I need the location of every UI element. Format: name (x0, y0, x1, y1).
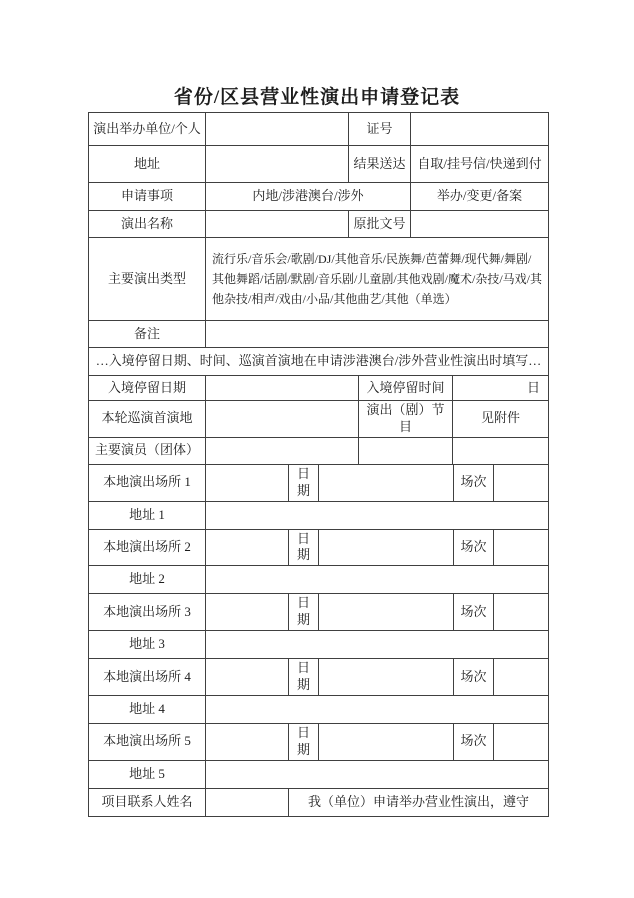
venue-label-3: 本地演出场所 3 (89, 594, 206, 631)
tour-premiere-label: 本轮巡演首演地 (89, 401, 206, 438)
table-row: 地址 4 (89, 695, 549, 723)
venue-name-input-cell-3[interactable] (206, 594, 289, 631)
table-row: 本地演出场所 3 日期 场次 (89, 594, 549, 631)
date-label-4: 日期 (289, 659, 319, 696)
table-row: 演出举办单位/个人 证号 (89, 113, 549, 146)
table-row: 本轮巡演首演地 演出（剧）节目 见附件 (89, 401, 549, 438)
page-title: 省份/区县营业性演出申请登记表 (0, 82, 634, 109)
program-value: 见附件 (453, 401, 549, 438)
venue-name-input-cell-2[interactable] (206, 529, 289, 566)
section-contact: 项目联系人姓名 我（单位）申请举办营业性演出，遵守 (88, 788, 549, 817)
venue-address-label-4: 地址 4 (89, 695, 206, 723)
sessions-label-2: 场次 (454, 529, 494, 566)
section-header-info: 演出举办单位/个人 证号 地址 结果送达 自取/挂号信/快递到付 申请事项 内地… (88, 112, 549, 348)
venue-name-input-cell-4[interactable] (206, 659, 289, 696)
table-row: 入境停留日期 入境停留时间 日 (89, 376, 549, 401)
original-doc-no-input-cell[interactable] (411, 211, 549, 238)
remarks-input-cell[interactable] (206, 321, 549, 348)
declaration-text: 我（单位）申请举办营业性演出，遵守 (289, 788, 549, 816)
apply-scope-options: 内地/涉港澳台/涉外 (206, 183, 411, 211)
performance-type-label: 主要演出类型 (89, 238, 206, 321)
sessions-label-1: 场次 (454, 464, 494, 501)
venue-label-1: 本地演出场所 1 (89, 464, 206, 501)
table-row: 演出名称 原批文号 (89, 211, 549, 238)
table-row: 备注 (89, 321, 549, 348)
table-row: 本地演出场所 4 日期 场次 (89, 659, 549, 696)
venue-address-input-cell-2[interactable] (206, 566, 549, 594)
venue-name-input-cell-5[interactable] (206, 723, 289, 760)
remarks-label: 备注 (89, 321, 206, 348)
venue-label-5: 本地演出场所 5 (89, 723, 206, 760)
table-row: …入境停留日期、时间、巡演首演地在申请涉港澳台/涉外营业性演出时填写… (89, 348, 549, 376)
performance-type-options: 流行乐/音乐会/歌剧/DJ/其他音乐/民族舞/芭蕾舞/现代舞/舞剧/其他舞蹈/话… (206, 238, 549, 321)
apply-matter-label: 申请事项 (89, 183, 206, 211)
delivery-label: 结果送达 (349, 146, 411, 183)
date-input-cell-3[interactable] (319, 594, 454, 631)
table-row: 本地演出场所 2 日期 场次 (89, 529, 549, 566)
performance-name-input-cell[interactable] (206, 211, 349, 238)
venue-label-4: 本地演出场所 4 (89, 659, 206, 696)
sessions-input-cell-4[interactable] (494, 659, 549, 696)
venue-address-input-cell-5[interactable] (206, 760, 549, 788)
table-row: 主要演出类型 流行乐/音乐会/歌剧/DJ/其他音乐/民族舞/芭蕾舞/现代舞/舞剧… (89, 238, 549, 321)
venue-address-input-cell-4[interactable] (206, 695, 549, 723)
address-input-cell[interactable] (206, 146, 349, 183)
main-performers-input-cell-2[interactable] (359, 437, 453, 464)
date-label-1: 日期 (289, 464, 319, 501)
venue-address-input-cell-1[interactable] (206, 501, 549, 529)
venue-name-input-cell-1[interactable] (206, 464, 289, 501)
entry-stay-time-label: 入境停留时间 (359, 376, 453, 401)
table-row: 地址 1 (89, 501, 549, 529)
sessions-label-3: 场次 (454, 594, 494, 631)
date-input-cell-5[interactable] (319, 723, 454, 760)
performance-name-label: 演出名称 (89, 211, 206, 238)
table-row: 申请事项 内地/涉港澳台/涉外 举办/变更/备案 (89, 183, 549, 211)
sessions-input-cell-3[interactable] (494, 594, 549, 631)
sessions-label-4: 场次 (454, 659, 494, 696)
table-row: 主要演员（团体） (89, 437, 549, 464)
entry-stay-date-label: 入境停留日期 (89, 376, 206, 401)
table-row: 地址 结果送达 自取/挂号信/快递到付 (89, 146, 549, 183)
date-label-5: 日期 (289, 723, 319, 760)
table-row: 地址 3 (89, 631, 549, 659)
sessions-label-5: 场次 (454, 723, 494, 760)
address-label: 地址 (89, 146, 206, 183)
entry-stay-time-unit: 日 (453, 376, 549, 401)
table-row: 本地演出场所 1 日期 场次 (89, 464, 549, 501)
contact-label: 项目联系人姓名 (89, 788, 206, 816)
venue-address-input-cell-3[interactable] (206, 631, 549, 659)
venue-label-2: 本地演出场所 2 (89, 529, 206, 566)
table-row: 地址 2 (89, 566, 549, 594)
sessions-input-cell-1[interactable] (494, 464, 549, 501)
delivery-options: 自取/挂号信/快递到付 (411, 146, 549, 183)
venue-address-label-5: 地址 5 (89, 760, 206, 788)
organizer-input-cell[interactable] (206, 113, 349, 146)
main-performers-input-cell-3[interactable] (453, 437, 549, 464)
original-doc-no-label: 原批文号 (349, 211, 411, 238)
contact-input-cell[interactable] (206, 788, 289, 816)
venue-address-label-3: 地址 3 (89, 631, 206, 659)
tour-premiere-input-cell[interactable] (206, 401, 359, 438)
section-entry-note: …入境停留日期、时间、巡演首演地在申请涉港澳台/涉外营业性演出时填写… (88, 347, 549, 376)
date-label-2: 日期 (289, 529, 319, 566)
program-label: 演出（剧）节目 (359, 401, 453, 438)
document-page: 省份/区县营业性演出申请登记表 演出举办单位/个人 证号 地址 结果送达 自取/… (0, 0, 634, 898)
date-input-cell-4[interactable] (319, 659, 454, 696)
date-input-cell-1[interactable] (319, 464, 454, 501)
table-row: 项目联系人姓名 我（单位）申请举办营业性演出，遵守 (89, 788, 549, 816)
table-row: 地址 5 (89, 760, 549, 788)
venue-address-label-1: 地址 1 (89, 501, 206, 529)
date-input-cell-2[interactable] (319, 529, 454, 566)
entry-note: …入境停留日期、时间、巡演首演地在申请涉港澳台/涉外营业性演出时填写… (89, 348, 549, 376)
organizer-label: 演出举办单位/个人 (89, 113, 206, 146)
table-row: 本地演出场所 5 日期 场次 (89, 723, 549, 760)
venue-address-label-2: 地址 2 (89, 566, 206, 594)
date-label-3: 日期 (289, 594, 319, 631)
sessions-input-cell-2[interactable] (494, 529, 549, 566)
registration-form-table: 演出举办单位/个人 证号 地址 结果送达 自取/挂号信/快递到付 申请事项 内地… (88, 112, 548, 817)
main-performers-input-cell[interactable] (206, 437, 359, 464)
entry-stay-date-input-cell[interactable] (206, 376, 359, 401)
sessions-input-cell-5[interactable] (494, 723, 549, 760)
cert-no-label: 证号 (349, 113, 411, 146)
section-venues: 本地演出场所 1 日期 场次 地址 1 本地演出场所 2 日期 场次 地址 (88, 464, 549, 789)
apply-type-options: 举办/变更/备案 (411, 183, 549, 211)
main-performers-label: 主要演员（团体） (89, 437, 206, 464)
cert-no-input-cell[interactable] (411, 113, 549, 146)
section-entry-tour: 入境停留日期 入境停留时间 日 本轮巡演首演地 演出（剧）节目 见附件 主要演员… (88, 375, 549, 465)
